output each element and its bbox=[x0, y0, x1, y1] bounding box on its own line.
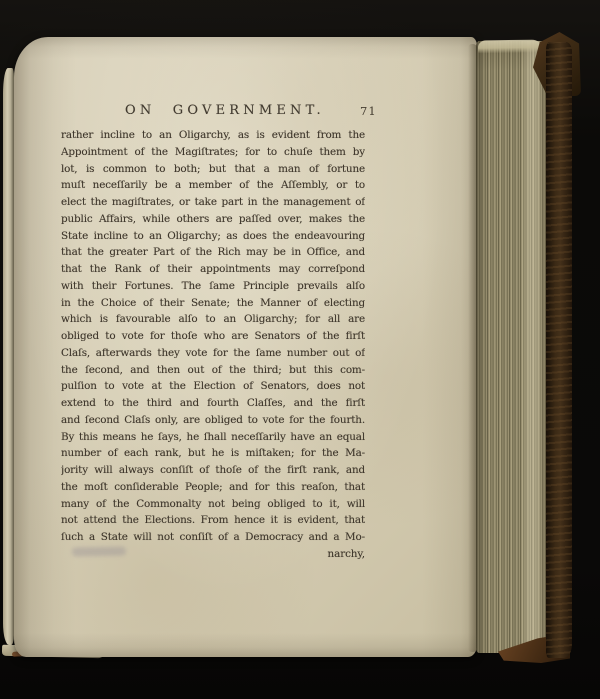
body-line: in the Choice of their Senate; the Manne… bbox=[61, 295, 365, 312]
body-line: jority will always conſiſt of thoſe of t… bbox=[61, 462, 365, 479]
running-head: ON GOVERNMENT. bbox=[125, 103, 325, 118]
body-line: elect the magiſtrates, or take part in t… bbox=[61, 194, 365, 211]
body-line: extend to the third and fourth Claſſes, … bbox=[61, 395, 365, 412]
body-line: ſuch a State will not conſiſt of a Democ… bbox=[61, 529, 365, 546]
text-block: ON GOVERNMENT. 71 rather incline to an O… bbox=[61, 103, 365, 563]
photo-background: ON GOVERNMENT. 71 rather incline to an O… bbox=[0, 0, 600, 699]
bleed-through-mark bbox=[72, 547, 126, 557]
body-line: muſt neceſſarily be a member of the Aſſe… bbox=[61, 177, 365, 194]
body-line: many of the Commonalty not being obliged… bbox=[61, 496, 365, 513]
body-line: public Affairs, while others are paſſed … bbox=[61, 211, 365, 228]
body-line: By this means he ſays, he ſhall neceſſar… bbox=[61, 429, 365, 446]
body-line: lot, is common to both; but that a man o… bbox=[61, 161, 365, 178]
body-line: the moſt conſiderable People; and for th… bbox=[61, 479, 365, 496]
body-line: which is favourable alſo to an Oligarchy… bbox=[61, 311, 365, 328]
fore-edge-pages bbox=[476, 41, 548, 653]
body-line: Appointment of the Magiſtrates; for to c… bbox=[61, 144, 365, 161]
body-line: number of each rank, but he is miſtaken;… bbox=[61, 445, 365, 462]
body-line: and ſecond Claſs only, are obliged to vo… bbox=[61, 412, 365, 429]
book-page: ON GOVERNMENT. 71 rather incline to an O… bbox=[14, 37, 477, 657]
body-line: the ſecond, and then out of the third; b… bbox=[61, 362, 365, 379]
running-head-row: ON GOVERNMENT. 71 bbox=[61, 103, 365, 127]
body-line: pulſion to vote at the Election of Senat… bbox=[61, 378, 365, 395]
body-text: rather incline to an Oligarchy, as is ev… bbox=[61, 127, 365, 546]
body-line: that the greater Part of the Rich may be… bbox=[61, 244, 365, 261]
fore-edge-top-highlight bbox=[478, 40, 542, 54]
facing-page-edge bbox=[3, 68, 14, 645]
body-line: that the Rank of their appointments may … bbox=[61, 261, 365, 278]
page-number: 71 bbox=[360, 104, 377, 118]
body-line: obliged to vote for thoſe who are Senato… bbox=[61, 328, 365, 345]
body-line: State incline to an Oligarchy; as does t… bbox=[61, 228, 365, 245]
body-line: rather incline to an Oligarchy, as is ev… bbox=[61, 127, 365, 144]
body-line: Claſs, afterwards they vote for the ſame… bbox=[61, 345, 365, 362]
body-line: not attend the Elections. From hence it … bbox=[61, 512, 365, 529]
body-line: with their Fortunes. The ſame Principle … bbox=[61, 278, 365, 295]
book-cover-edge bbox=[546, 42, 572, 658]
